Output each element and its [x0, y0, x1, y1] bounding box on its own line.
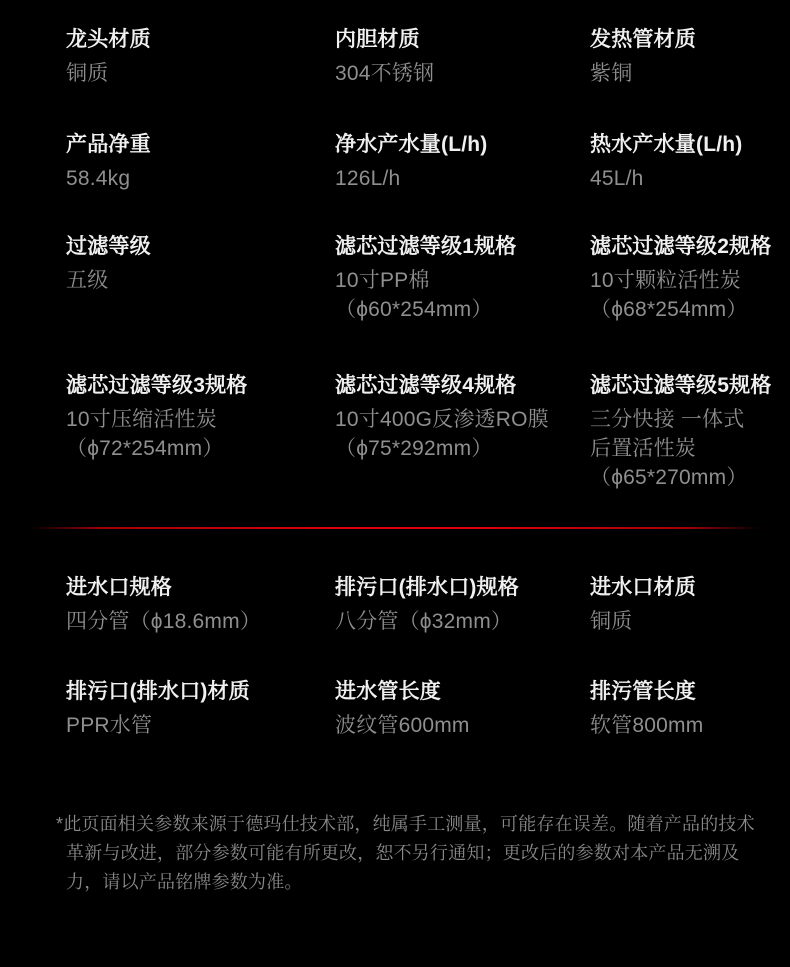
spec-item-label: 排污口(排水口)规格: [335, 573, 590, 603]
disclaimer-text: *此页面相关参数来源于德玛仕技术部，纯属手工测量，可能存在误差。随着产品的技术革…: [0, 810, 790, 897]
spec-item-value: 三分快接 一体式: [590, 405, 790, 434]
spec-row: 产品净重 58.4kg 净水产水量(L/h) 126L/h 热水产水量(L/h)…: [0, 130, 790, 193]
spec-item-label: 产品净重: [66, 130, 335, 160]
spec-row: 滤芯过滤等级3规格 10寸压缩活性炭 （ϕ72*254mm） 滤芯过滤等级4规格…: [0, 371, 790, 492]
spec-item-value: 紫铜: [590, 59, 790, 88]
spec-item-inlet-material: 进水口材质 铜质: [590, 573, 790, 636]
spec-item-value: 10寸颗粒活性炭: [590, 266, 790, 295]
spec-item-value: （ϕ60*254mm）: [335, 295, 590, 324]
spec-item-label: 发热管材质: [590, 25, 790, 55]
spec-item-value: （ϕ65*270mm）: [590, 463, 790, 492]
spec-item-filter-stage2: 滤芯过滤等级2规格 10寸颗粒活性炭 （ϕ68*254mm）: [590, 232, 790, 324]
spec-item-value: 后置活性炭: [590, 434, 790, 463]
spec-item-value: 45L/h: [590, 164, 790, 193]
product-spec-page: 龙头材质 铜质 内胆材质 304不锈钢 发热管材质 紫铜 产品净重 58.4kg…: [0, 0, 790, 967]
spec-section-bottom: 进水口规格 四分管（ϕ18.6mm） 排污口(排水口)规格 八分管（ϕ32mm）…: [0, 573, 790, 740]
spec-item-drain-spec: 排污口(排水口)规格 八分管（ϕ32mm）: [335, 573, 590, 636]
spec-item-faucet-material: 龙头材质 铜质: [66, 25, 335, 88]
spec-item-label: 进水口规格: [66, 573, 335, 603]
spec-item-label: 热水产水量(L/h): [590, 130, 790, 160]
spec-item-value: 铜质: [590, 607, 790, 636]
red-divider-line: [30, 527, 760, 529]
spec-item-value: 五级: [66, 266, 335, 295]
spec-item-label: 滤芯过滤等级1规格: [335, 232, 590, 262]
spec-item-label: 滤芯过滤等级2规格: [590, 232, 790, 262]
spec-item-drain-pipe-length: 排污管长度 软管800mm: [590, 677, 790, 740]
spec-item-label: 进水口材质: [590, 573, 790, 603]
spec-item-purified-water-output: 净水产水量(L/h) 126L/h: [335, 130, 590, 193]
spec-item-value: 四分管（ϕ18.6mm）: [66, 607, 335, 636]
spec-item-inlet-spec: 进水口规格 四分管（ϕ18.6mm）: [66, 573, 335, 636]
spec-row: 进水口规格 四分管（ϕ18.6mm） 排污口(排水口)规格 八分管（ϕ32mm）…: [0, 573, 790, 636]
spec-item-filter-stage3: 滤芯过滤等级3规格 10寸压缩活性炭 （ϕ72*254mm）: [66, 371, 335, 463]
spec-item-filter-grade: 过滤等级 五级: [66, 232, 335, 295]
spec-item-label: 滤芯过滤等级3规格: [66, 371, 335, 401]
spec-item-label: 排污口(排水口)材质: [66, 677, 335, 707]
spec-item-heating-tube-material: 发热管材质 紫铜: [590, 25, 790, 88]
spec-row: 排污口(排水口)材质 PPR水管 进水管长度 波纹管600mm 排污管长度 软管…: [0, 677, 790, 740]
spec-item-inlet-pipe-length: 进水管长度 波纹管600mm: [335, 677, 590, 740]
spec-item-label: 龙头材质: [66, 25, 335, 55]
spec-item-value: 58.4kg: [66, 164, 335, 193]
spec-item-value: 八分管（ϕ32mm）: [335, 607, 590, 636]
spec-item-filter-stage1: 滤芯过滤等级1规格 10寸PP棉 （ϕ60*254mm）: [335, 232, 590, 324]
spec-item-drain-material: 排污口(排水口)材质 PPR水管: [66, 677, 335, 740]
spec-item-value: 10寸压缩活性炭: [66, 405, 335, 434]
spec-item-label: 进水管长度: [335, 677, 590, 707]
spec-item-label: 内胆材质: [335, 25, 590, 55]
spec-item-value: （ϕ75*292mm）: [335, 434, 590, 463]
spec-item-label: 滤芯过滤等级5规格: [590, 371, 790, 401]
spec-item-filter-stage5: 滤芯过滤等级5规格 三分快接 一体式 后置活性炭 （ϕ65*270mm）: [590, 371, 790, 492]
spec-item-value: 304不锈钢: [335, 59, 590, 88]
spec-item-hot-water-output: 热水产水量(L/h) 45L/h: [590, 130, 790, 193]
spec-item-tank-material: 内胆材质 304不锈钢: [335, 25, 590, 88]
spec-item-filter-stage4: 滤芯过滤等级4规格 10寸400G反渗透RO膜 （ϕ75*292mm）: [335, 371, 590, 463]
spec-item-label: 滤芯过滤等级4规格: [335, 371, 590, 401]
spec-item-value: （ϕ72*254mm）: [66, 434, 335, 463]
spec-item-value: （ϕ68*254mm）: [590, 295, 790, 324]
spec-item-value: 软管800mm: [590, 711, 790, 740]
spec-item-value: 铜质: [66, 59, 335, 88]
spec-item-label: 过滤等级: [66, 232, 335, 262]
spec-item-value: PPR水管: [66, 711, 335, 740]
spec-item-value: 126L/h: [335, 164, 590, 193]
spec-row: 龙头材质 铜质 内胆材质 304不锈钢 发热管材质 紫铜: [0, 0, 790, 88]
spec-item-label: 净水产水量(L/h): [335, 130, 590, 160]
spec-section-top: 龙头材质 铜质 内胆材质 304不锈钢 发热管材质 紫铜 产品净重 58.4kg…: [0, 0, 790, 492]
spec-item-value: 10寸PP棉: [335, 266, 590, 295]
spec-item-net-weight: 产品净重 58.4kg: [66, 130, 335, 193]
spec-row: 过滤等级 五级 滤芯过滤等级1规格 10寸PP棉 （ϕ60*254mm） 滤芯过…: [0, 232, 790, 324]
spec-item-value: 10寸400G反渗透RO膜: [335, 405, 590, 434]
spec-item-label: 排污管长度: [590, 677, 790, 707]
spec-item-value: 波纹管600mm: [335, 711, 590, 740]
